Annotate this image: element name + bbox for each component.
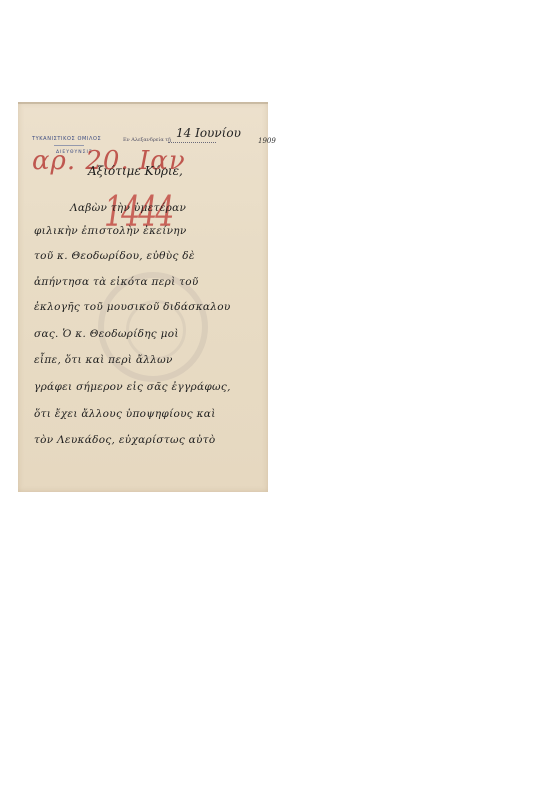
date-year: 1909 (258, 137, 276, 145)
date-dotted-line (168, 142, 216, 143)
body-line: σας. Ὁ κ. Θεοδωρίδης μοὶ (34, 328, 179, 340)
place-label: Εν Αλεξανδρεία τῇ (123, 137, 171, 143)
handwritten-date: 14 Ιουνίου (176, 126, 241, 140)
body-line: εἶπε, ὅτι καὶ περὶ ἄλλων (34, 354, 173, 366)
salutation: Αξιότιμε Κύριε, (88, 164, 183, 178)
paper-edge (18, 102, 268, 104)
letter-page: ΤΥΚΑΝΙΣΤΙΚΟΣ ΟΜΙΛΟΣ ΔΙΕΥΘΥΝΣΙΣ Εν Αλεξαν… (18, 102, 268, 492)
letterhead-organization: ΤΥΚΑΝΙΣΤΙΚΟΣ ΟΜΙΛΟΣ (32, 136, 101, 142)
body-line: ἀπήντησα τὰ εἰκότα περὶ τοῦ (34, 276, 199, 288)
body-line: γράφει σήμερον εἰς σᾶς ἐγγράφως, (34, 381, 231, 393)
body-line: ὅτι ἔχει ἄλλους ὑποψηφίους καὶ (34, 408, 216, 420)
body-line: φιλικὴν ἐπιστολὴν ἐκείνην (34, 225, 187, 237)
body-line: Λαβὼν τὴν ὑμετέραν (70, 202, 186, 214)
body-line: ἐκλογῆς τοῦ μουσικοῦ διδάσκαλου (34, 301, 231, 313)
body-line: τοῦ κ. Θεοδωρίδου, εὐθὺς δὲ (34, 250, 195, 262)
body-line: τὸν Λευκάδος, εὐχαρίστως αὐτὸ (34, 434, 215, 446)
